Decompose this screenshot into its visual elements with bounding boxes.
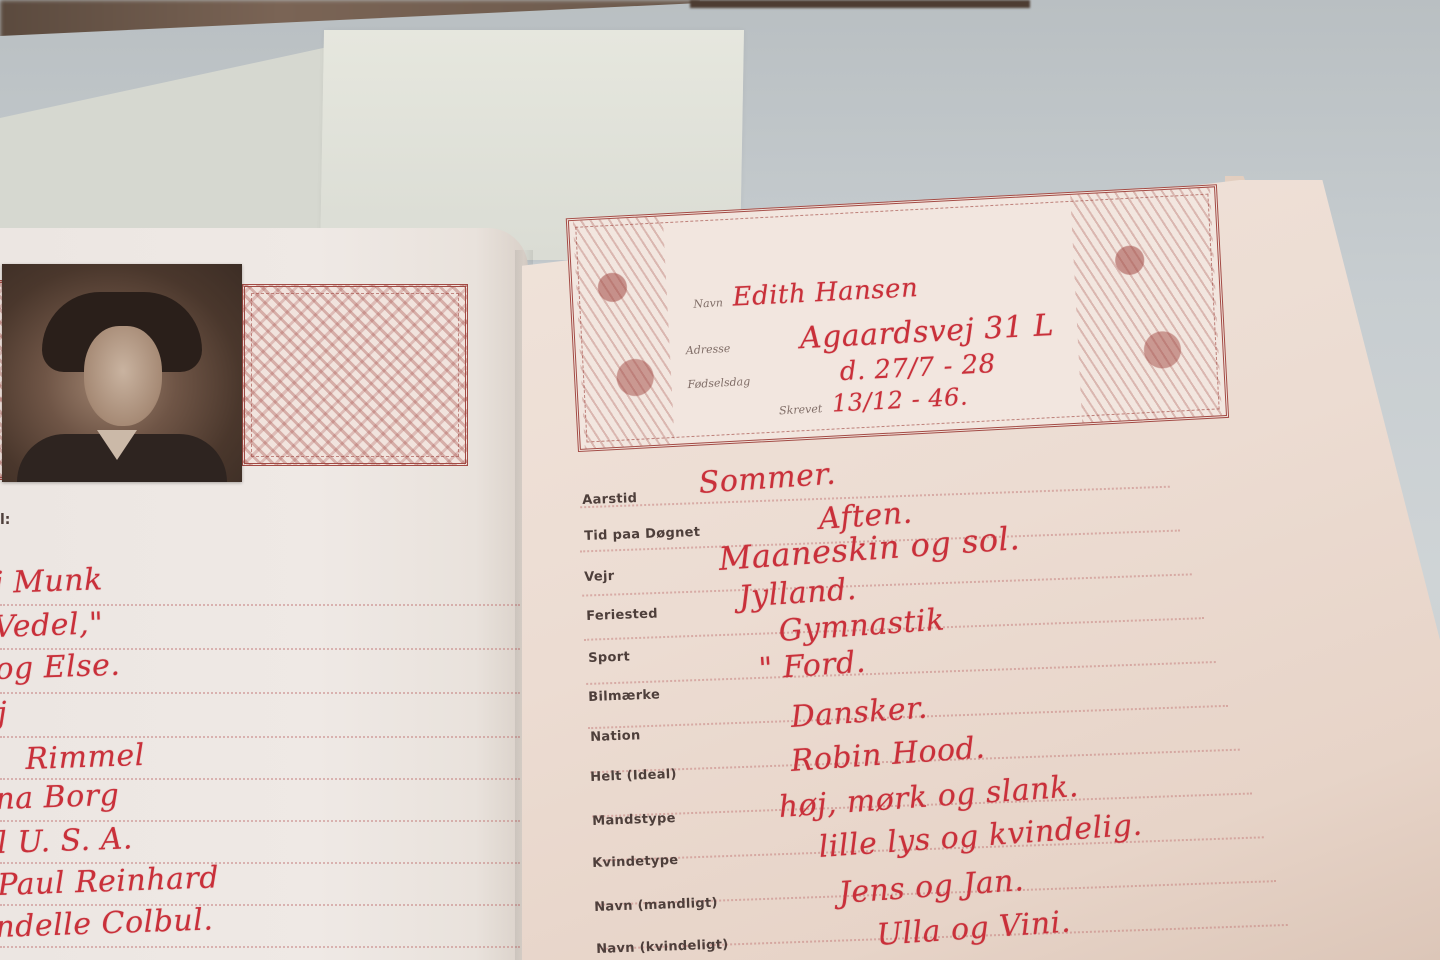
- face-shape: [84, 326, 162, 426]
- left-handwritten-line: j: [0, 696, 8, 731]
- field-value-bilmaerke: " Ford.: [758, 645, 867, 687]
- ruled-line: [0, 820, 520, 822]
- field-label-aarstid: Aarstid: [582, 491, 638, 508]
- field-label-mandstype: Mandstype: [592, 811, 676, 829]
- left-handwritten-line: Vedel,": [0, 606, 104, 645]
- ruled-line: [0, 736, 520, 738]
- left-handwritten-line: na Borg: [0, 778, 120, 817]
- field-label-helt: Helt (Ideal): [590, 767, 677, 785]
- left-handwritten-line: Rimmel: [25, 738, 146, 777]
- header-ornament-frame: Navn Edith Hansen Adresse Agaardsvej 31 …: [566, 184, 1229, 452]
- header-label-birthday: Fødselsdag: [687, 375, 750, 391]
- ruled-line: [0, 604, 520, 606]
- field-label-vejr: Vejr: [584, 569, 615, 585]
- floral-ornament-panel-icon: [242, 284, 468, 466]
- left-label-fragment: l:: [0, 512, 10, 528]
- ruled-line: [0, 692, 520, 694]
- field-label-nation: Nation: [590, 728, 641, 745]
- field-label-bilmaerke: Bilmærke: [588, 687, 660, 705]
- header-label-name: Navn: [693, 296, 723, 311]
- portrait-photo: [2, 264, 242, 482]
- header-label-written: Skrevet: [779, 402, 823, 417]
- header-label-address: Adresse: [686, 342, 731, 357]
- left-handwritten-line: j Munk: [0, 562, 103, 601]
- field-label-sport: Sport: [588, 650, 630, 666]
- field-label-kvindetype: Kvindetype: [592, 853, 679, 871]
- background-shelf-edge: [690, 0, 1030, 8]
- ruled-line: [0, 862, 520, 864]
- ruled-line: [0, 904, 520, 906]
- rose-ornament-left-icon: [573, 216, 675, 448]
- rose-ornament-right-icon: [1070, 188, 1222, 423]
- left-handwritten-line: l U. S. A.: [0, 821, 133, 861]
- field-label-feriested: Feriested: [586, 606, 658, 623]
- left-handwritten-line: og Else.: [0, 648, 121, 687]
- ruled-line: [0, 946, 520, 948]
